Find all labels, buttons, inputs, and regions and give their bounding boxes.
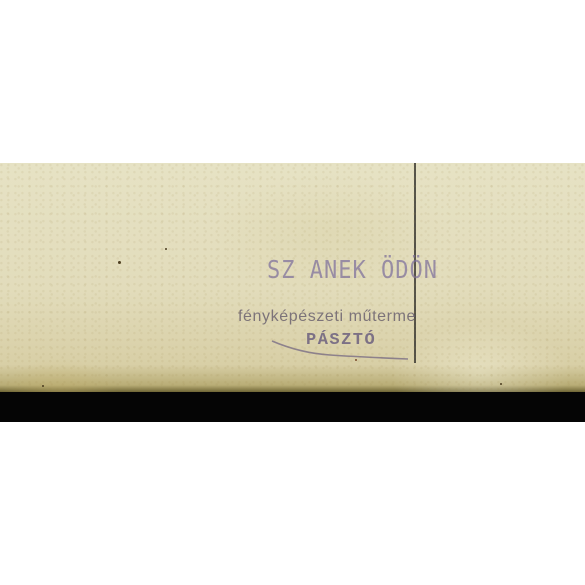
paper-speck [118, 261, 121, 264]
stamp-studio-name: SZ ANEK ÖDÖN [267, 256, 438, 285]
stamp-town-name: PÁSZTÓ [306, 331, 376, 350]
dark-background-band [0, 392, 585, 422]
paper-speck [42, 385, 44, 387]
stamp-studio-description: fényképészeti műterme [238, 308, 416, 326]
paper-speck [165, 248, 167, 250]
photo-card-back: SZ ANEK ÖDÖN fényképészeti műterme PÁSZT… [0, 163, 585, 392]
paper-speck [500, 383, 502, 385]
